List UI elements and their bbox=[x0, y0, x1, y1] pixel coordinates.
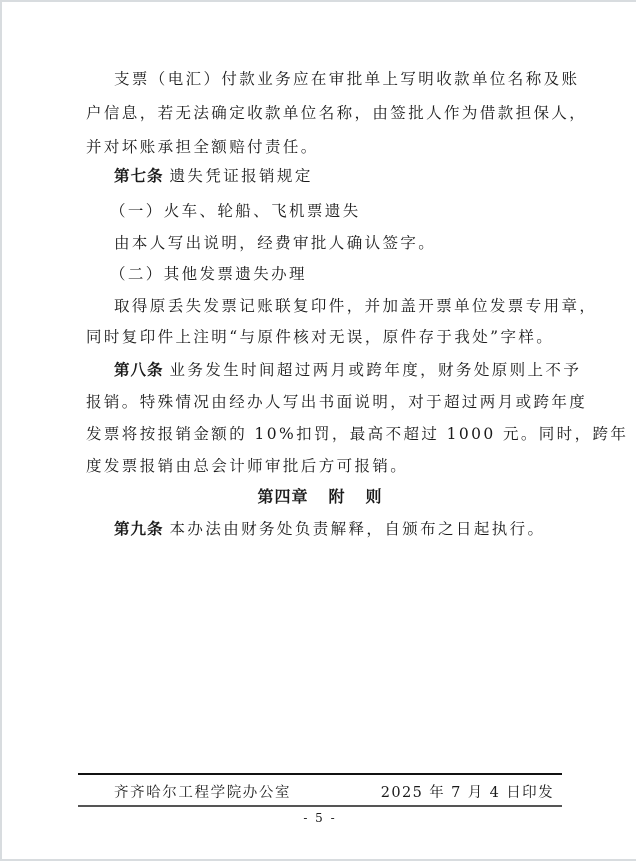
article-8-label: 第八条 bbox=[114, 361, 164, 379]
article-7-item-2-heading: （二）其他发票遗失办理 bbox=[110, 264, 580, 284]
paragraph-line: 支票（电汇）付款业务应在审批单上写明收款单位名称及账 bbox=[114, 69, 584, 89]
paragraph-line: 户信息，若无法确定收款单位名称，由签批人作为借款担保人， bbox=[86, 103, 556, 123]
article-7-item-1-heading: （一）火车、轮船、飞机票遗失 bbox=[110, 201, 580, 221]
chapter-4-heading: 第四章附则 bbox=[2, 487, 636, 507]
footer-bottom-rule bbox=[78, 805, 562, 807]
article-8-first-line-text: 业务发生时间超过两月或跨年度，财务处原则上不予 bbox=[170, 361, 582, 379]
article-9: 第九条本办法由财务处负责解释，自颁布之日起执行。 bbox=[114, 519, 584, 539]
article-8-first-line: 第八条业务发生时间超过两月或跨年度，财务处原则上不予 bbox=[114, 360, 584, 380]
page-number: - 5 - bbox=[2, 811, 636, 825]
chapter-4-title-char-1: 附 bbox=[328, 487, 345, 506]
article-7-label: 第七条 bbox=[114, 167, 164, 185]
article-7-heading: 第七条遗失凭证报销规定 bbox=[114, 166, 584, 186]
article-8-line: 发票将按报销金额的 10%扣罚，最高不超过 1000 元。同时，跨年 bbox=[86, 424, 556, 444]
paragraph-line: 并对坏账承担全额赔付责任。 bbox=[86, 137, 556, 157]
article-7-item-2-body-line: 取得原丢失发票记账联复印件，并加盖开票单位发票专用章， bbox=[114, 296, 584, 316]
footer-date: 2025 年 7 月 4 日印发 bbox=[381, 784, 554, 802]
article-7-item-1-body: 由本人写出说明，经费审批人确认签字。 bbox=[114, 233, 584, 253]
footer-top-rule bbox=[78, 773, 562, 775]
footer-issuer: 齐齐哈尔工程学院办公室 bbox=[114, 784, 291, 802]
article-8-line: 报销。特殊情况由经办人写出书面说明，对于超过两月或跨年度 bbox=[86, 392, 556, 412]
chapter-4-title-char-2: 则 bbox=[366, 487, 383, 506]
article-7-title: 遗失凭证报销规定 bbox=[170, 167, 313, 185]
article-9-label: 第九条 bbox=[114, 520, 164, 538]
article-7-item-2-body-line: 同时复印件上注明“与原件核对无误，原件存于我处”字样。 bbox=[86, 327, 556, 347]
article-9-text: 本办法由财务处负责解释，自颁布之日起执行。 bbox=[170, 520, 546, 538]
article-8-line: 度发票报销由总会计师审批后方可报销。 bbox=[86, 456, 556, 476]
chapter-4-number: 第四章 bbox=[257, 487, 308, 506]
document-page: 支票（电汇）付款业务应在审批单上写明收款单位名称及账 户信息，若无法确定收款单位… bbox=[0, 0, 636, 861]
